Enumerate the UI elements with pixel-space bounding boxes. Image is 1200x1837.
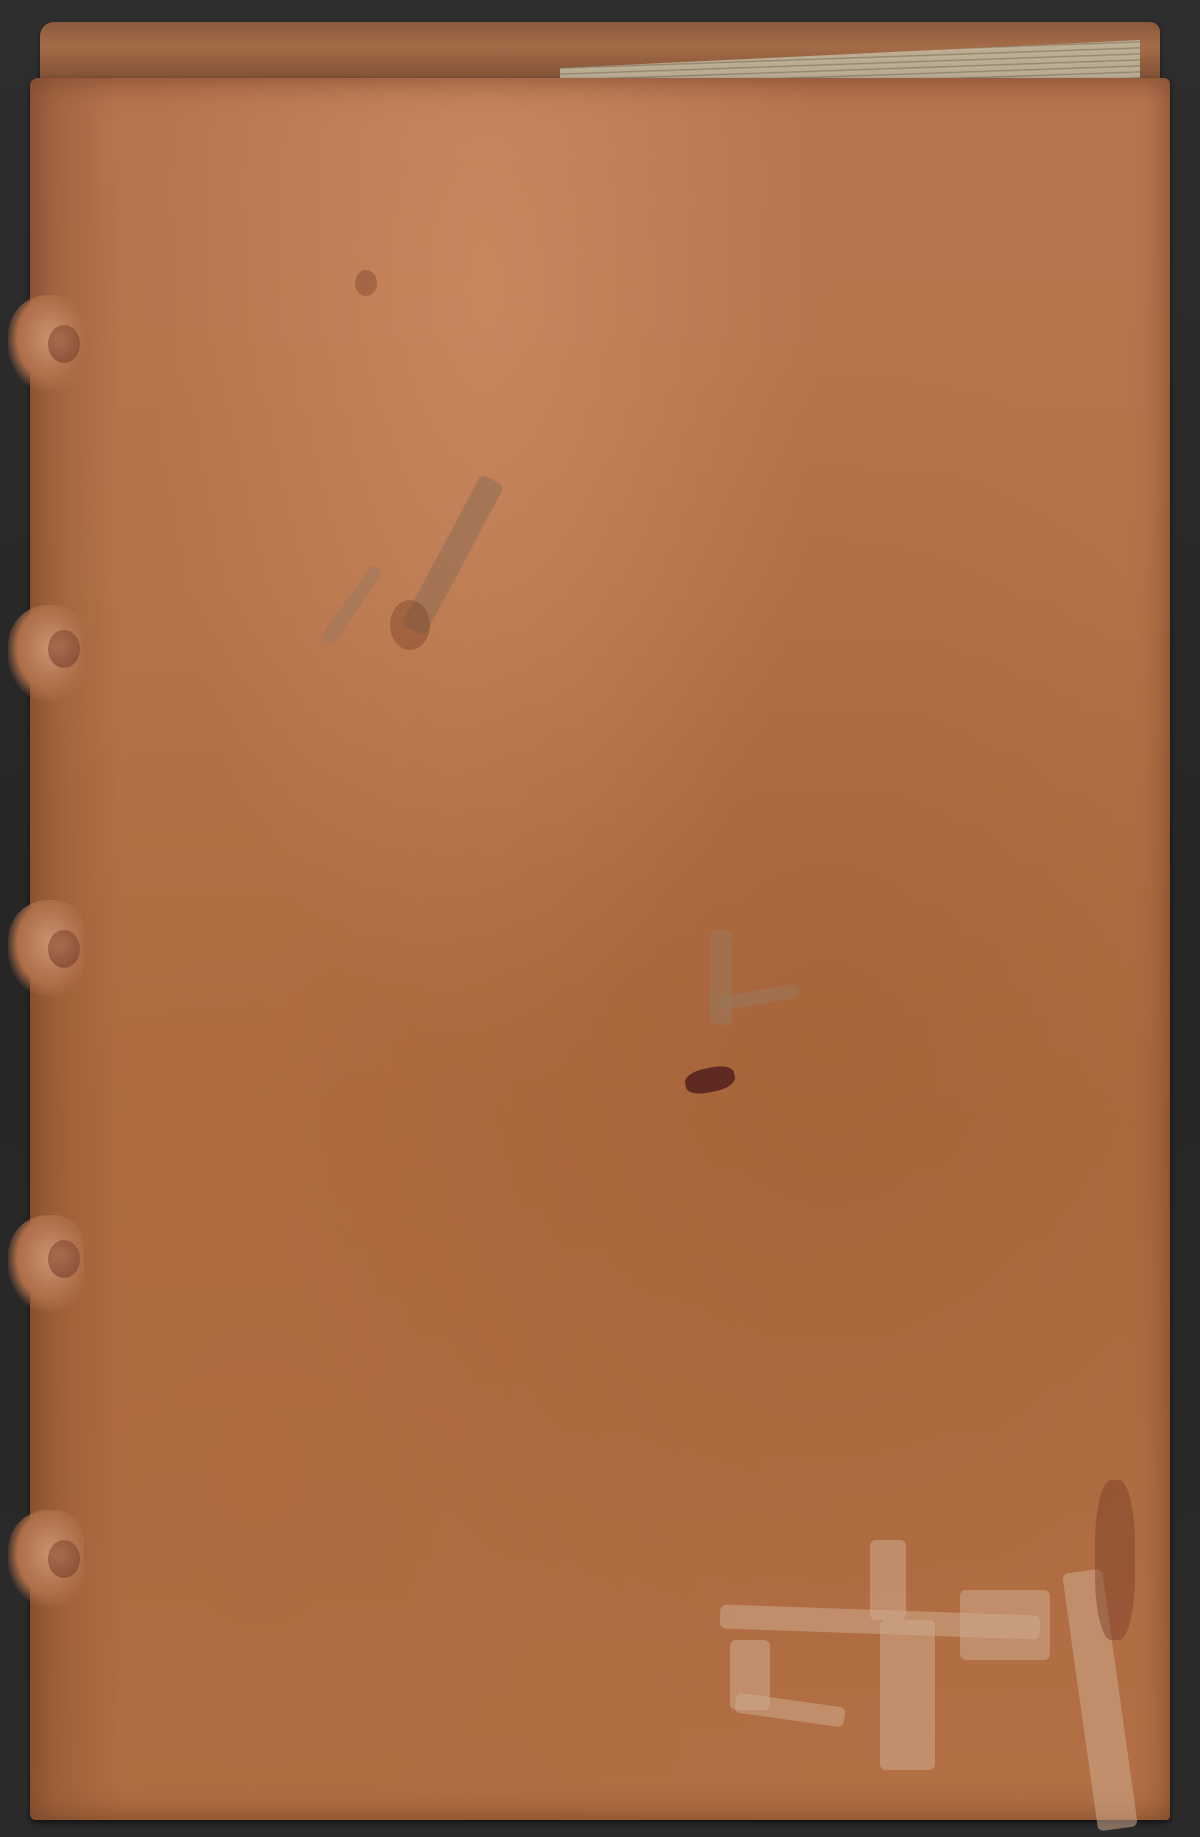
stain (355, 270, 377, 296)
abrasion (870, 1540, 906, 1620)
band-knot (48, 630, 80, 668)
band-knot (48, 1240, 80, 1278)
dark-stain (1095, 1480, 1135, 1640)
stain (390, 600, 430, 650)
band-knot (48, 1540, 80, 1578)
leather-cover (30, 78, 1170, 1820)
scuff-mark (710, 930, 732, 1025)
band-knot (48, 325, 80, 363)
abrasion (960, 1590, 1050, 1660)
abrasion (880, 1620, 935, 1770)
band-knot (48, 930, 80, 968)
